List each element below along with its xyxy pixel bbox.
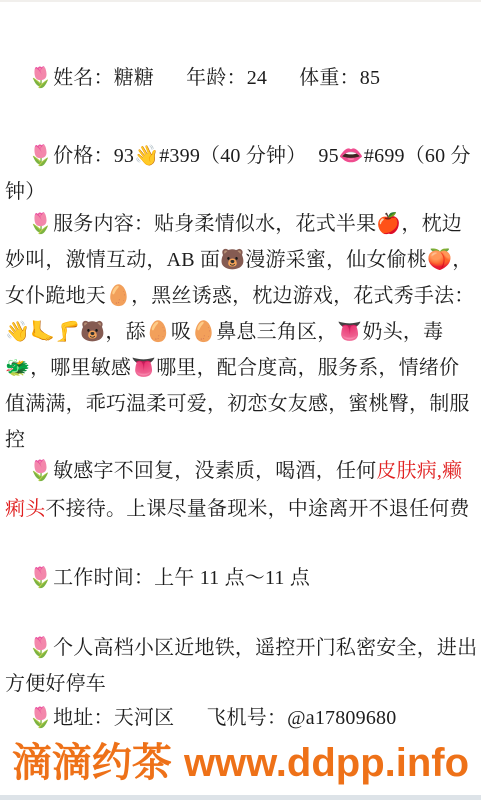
age-label: 年龄： — [186, 67, 247, 89]
location-paragraph: 🌷个人高档小区近地铁，遥控开门私密安全，进出方便好停车 — [5, 630, 478, 702]
location-text: 个人高档小区近地铁，遥控开门私密安全，进出方便好停车 — [5, 637, 477, 695]
top-border — [0, 0, 481, 2]
address-district: 天河区 — [114, 707, 175, 729]
site-url[interactable]: www.ddpp.info — [184, 741, 469, 785]
telegram-label: 飞机号： — [206, 707, 287, 729]
tulip-icon: 🌷 — [28, 637, 53, 659]
weight-value: 85 — [360, 67, 380, 89]
telegram-handle[interactable]: @a17809680 — [287, 707, 396, 729]
hours-label: 工作时间： — [53, 567, 154, 589]
tulip-icon: 🌷 — [28, 213, 53, 235]
tulip-icon: 🌷 — [28, 145, 53, 167]
price-label: 价格： — [53, 145, 114, 167]
flyer-page: 🌷姓名：糖糖年龄：24体重：85 🌷价格：93👋#399（40 分钟）95👄#6… — [0, 0, 481, 800]
rules-text-after: 不接待。上课尽量备现米，中途离开不退任何费 — [45, 498, 469, 520]
hours-value: 上午 11 点～11 点 — [154, 567, 310, 589]
price-line: 🌷价格：93👋#399（40 分钟）95👄#699（60 分钟） — [5, 138, 478, 210]
working-hours-line: 🌷工作时间：上午 11 点～11 点 — [5, 560, 478, 596]
name-value: 糖糖 — [114, 67, 154, 89]
tulip-icon: 🌷 — [28, 707, 53, 729]
tulip-icon: 🌷 — [28, 67, 53, 89]
rules-text-before: 敏感字不回复，没素质，喝酒，任何 — [53, 460, 376, 482]
tulip-icon: 🌷 — [28, 567, 53, 589]
footer-watermark: 滴滴约茶www.ddpp.info — [0, 739, 481, 787]
age-value: 24 — [247, 67, 267, 89]
price-offer-40min: 93👋#399（40 分钟） — [114, 145, 307, 167]
brand-name: 滴滴约茶 — [12, 741, 172, 785]
services-paragraph: 🌷服务内容：贴身柔情似水，花式半果🍎，枕边妙叫，激情互动，AB 面🐻漫游采蜜，仙… — [5, 206, 478, 458]
name-label: 姓名： — [53, 67, 114, 89]
bottom-strip — [0, 795, 481, 800]
weight-label: 体重： — [299, 67, 360, 89]
profile-line: 🌷姓名：糖糖年龄：24体重：85 — [5, 60, 478, 96]
rules-paragraph: 🌷敏感字不回复，没素质，喝酒，任何皮肤病,癞痢头不接待。上课尽量备现米，中途离开… — [5, 452, 478, 528]
address-line: 🌷地址：天河区飞机号：@a17809680 — [5, 700, 478, 736]
tulip-icon: 🌷 — [28, 460, 53, 482]
address-label: 地址： — [53, 707, 114, 729]
services-text: 服务内容：贴身柔情似水，花式半果🍎，枕边妙叫，激情互动，AB 面🐻漫游采蜜，仙女… — [5, 213, 475, 451]
